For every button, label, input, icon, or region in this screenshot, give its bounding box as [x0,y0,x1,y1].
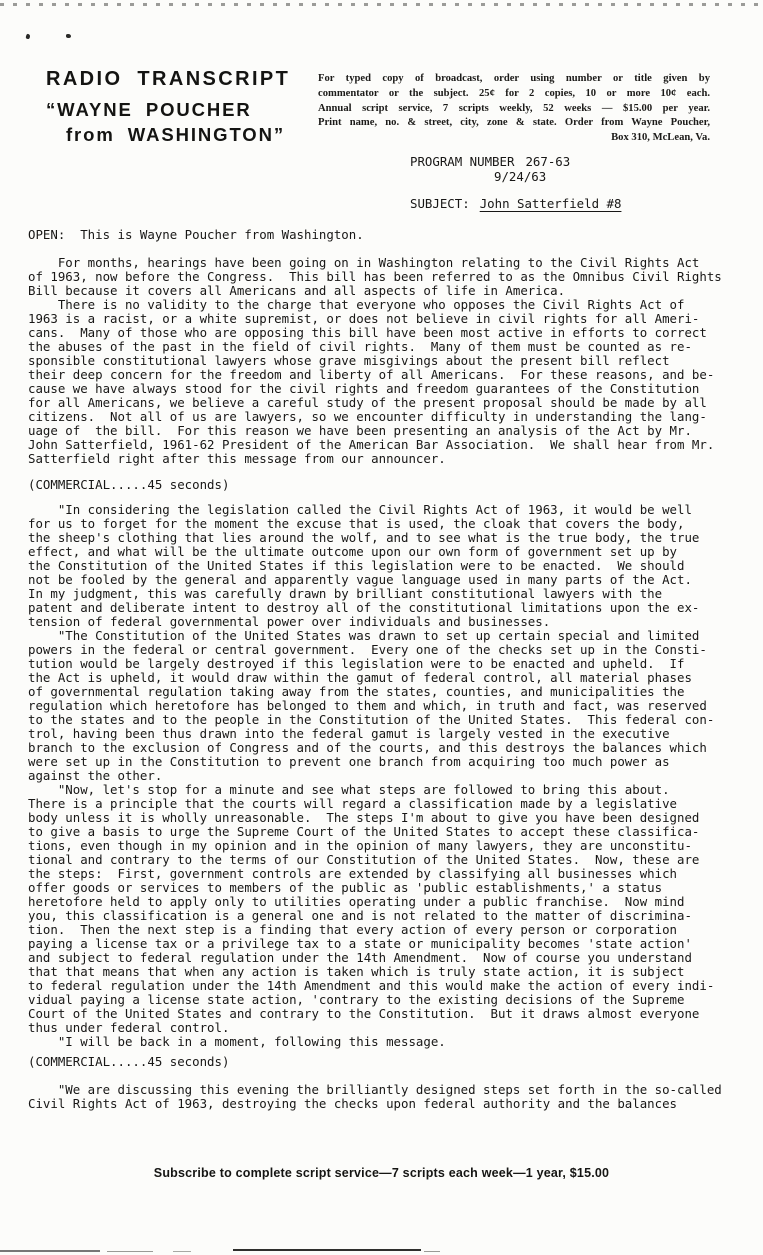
ordering-instructions-line: Print name, no. & street, city, zone & s… [318,116,710,131]
ink-speck [25,34,30,40]
transcript-paragraphs-intro: For months, hearings have been going on … [28,256,744,466]
program-date: 9/24/63 [494,170,621,185]
ordering-instructions-line: commentator or the subject. 25¢ for 2 co… [318,87,710,102]
program-number-value: 267-63 [525,154,570,169]
program-info: PROGRAM NUMBER267-63 9/24/63 SUBJECT:Joh… [410,155,621,212]
commercial-break-2: (COMMERCIAL.....45 seconds) [28,1055,744,1069]
masthead-title: RADIO TRANSCRIPT [46,68,290,91]
transcript-body: OPEN: This is Wayne Poucher from Washing… [28,228,744,1111]
ordering-instructions-line: For typed copy of broadcast, order using… [318,72,710,87]
scan-edge-artifact [233,1249,421,1251]
subscribe-footer: Subscribe to complete script service—7 s… [0,1166,763,1180]
ordering-address: Box 310, McLean, Va. [318,131,710,146]
radio-transcript-page: RADIO TRANSCRIPT “WAYNE POUCHER from WAS… [0,0,763,1255]
subject-value: John Satterfield #8 [480,196,622,211]
scan-edge-artifact [173,1251,191,1252]
ink-speck [66,34,71,38]
scan-edge-artifact [0,1250,100,1252]
scan-edge-artifact [424,1251,440,1252]
masthead-left: RADIO TRANSCRIPT “WAYNE POUCHER from WAS… [46,68,290,146]
subject-label: SUBJECT: [410,196,470,211]
scan-edge-artifact [107,1251,153,1252]
program-number-line: PROGRAM NUMBER267-63 [410,155,621,170]
ordering-instructions-line: Annual script service, 7 scripts weekly,… [318,102,710,117]
transcript-paragraphs-closing: "We are discussing this evening the bril… [28,1083,744,1111]
transcript-paragraphs-satterfield: "In considering the legislation called t… [28,503,744,1049]
commercial-break-1: (COMMERCIAL.....45 seconds) [28,478,744,492]
masthead-subtitle-line2: from WASHINGTON” [66,124,290,146]
masthead-subtitle-line1: “WAYNE POUCHER [46,99,290,121]
ordering-instructions: For typed copy of broadcast, order using… [318,72,710,146]
subject-line: SUBJECT:John Satterfield #8 [410,197,621,212]
open-line: OPEN: This is Wayne Poucher from Washing… [28,228,744,242]
perforation-dots [0,3,763,6]
program-number-label: PROGRAM NUMBER [410,154,514,169]
